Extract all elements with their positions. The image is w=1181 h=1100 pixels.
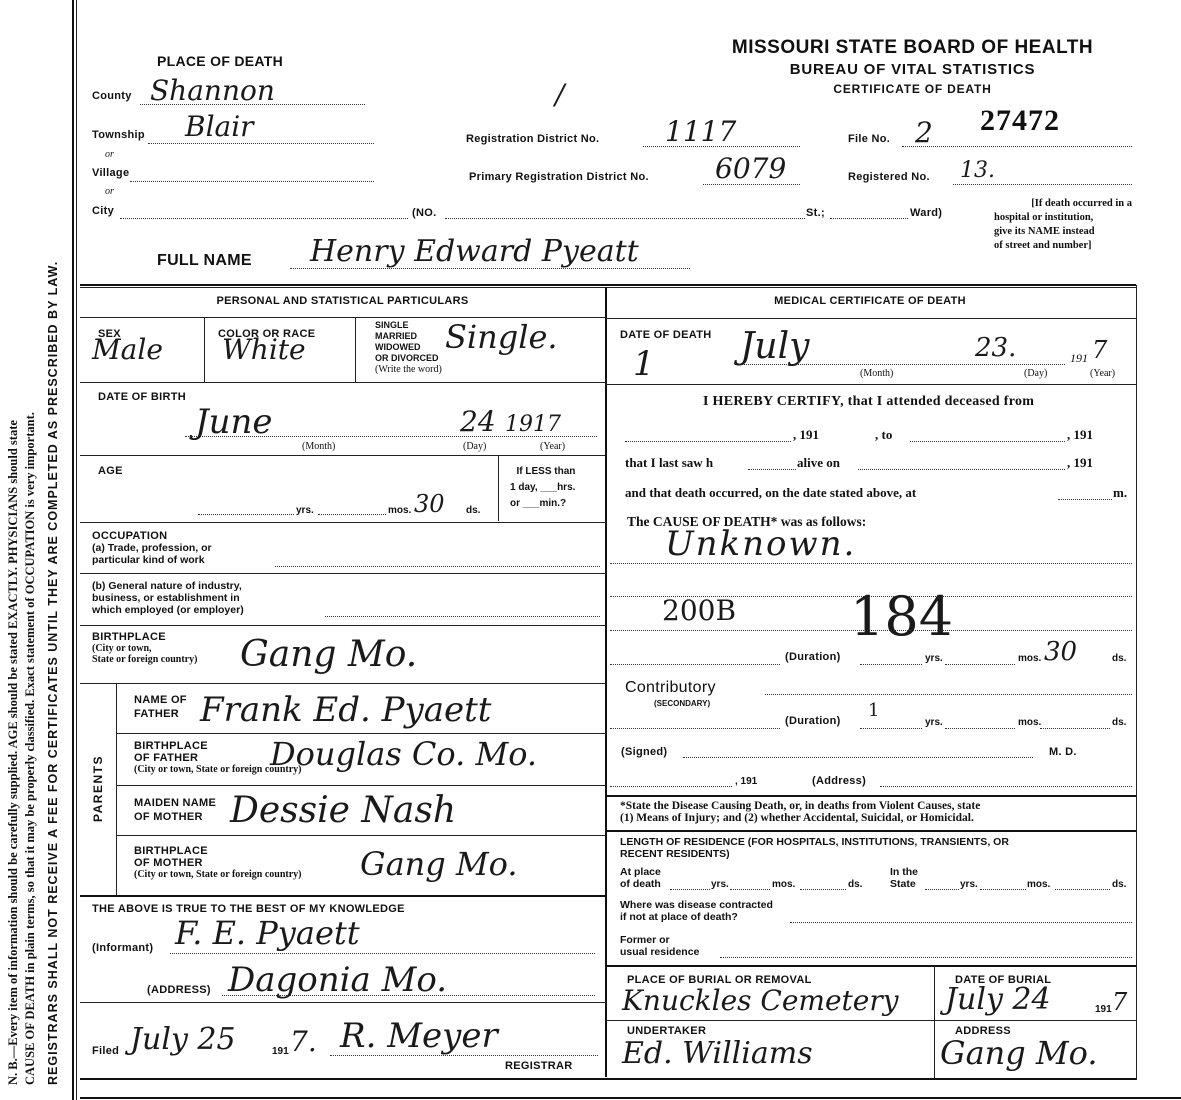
left-margin-rule bbox=[72, 0, 74, 1100]
md-label: M. D. bbox=[1049, 746, 1077, 758]
place-years-field[interactable] bbox=[670, 889, 710, 890]
filed-label: Filed bbox=[92, 1045, 119, 1057]
city-field[interactable] bbox=[120, 218, 408, 219]
death-occurred-text: and that death occurred, on the date sta… bbox=[625, 485, 916, 501]
dob-label: DATE OF BIRTH bbox=[98, 391, 186, 403]
day-caption: (Day) bbox=[1024, 368, 1047, 379]
ward-field[interactable] bbox=[830, 218, 908, 219]
occupation-b: (b) General nature of industry, business… bbox=[92, 580, 244, 616]
in-state-label: In the State bbox=[890, 866, 918, 890]
contrib-years-field[interactable] bbox=[860, 728, 922, 729]
file-no-label: File No. bbox=[848, 133, 890, 145]
former-residence-label: Former or usual residence bbox=[620, 934, 699, 958]
contributory-field[interactable] bbox=[765, 694, 1132, 695]
place-of-death-heading: PLACE OF DEATH bbox=[157, 53, 283, 69]
birthplace-label: BIRTHPLACE bbox=[92, 632, 197, 643]
full-name-label: FULL NAME bbox=[157, 252, 252, 270]
secondary-label: (SECONDARY) bbox=[654, 699, 710, 708]
last-saw-pronoun-field[interactable] bbox=[748, 469, 796, 470]
physician-address-label: (Address) bbox=[812, 775, 866, 787]
primary-district-field[interactable]: 6079 bbox=[715, 152, 786, 185]
year-caption: (Year) bbox=[1090, 368, 1115, 379]
alive-on-text: alive on bbox=[797, 455, 840, 471]
state-months-field[interactable] bbox=[980, 889, 1026, 890]
bureau-title: BUREAU OF VITAL STATISTICS bbox=[690, 61, 1135, 78]
occupation-industry-field[interactable] bbox=[325, 616, 600, 617]
state-years-field[interactable] bbox=[925, 889, 959, 890]
stray-mark: / bbox=[555, 78, 564, 111]
hospital-note: [If death occurred in a hospital or inst… bbox=[994, 197, 1132, 253]
year-caption: (Year) bbox=[540, 441, 565, 452]
mos-label: mos. bbox=[388, 505, 411, 516]
burial-year-field[interactable]: 7 bbox=[1112, 988, 1127, 1016]
race-field[interactable]: White bbox=[222, 333, 306, 366]
duration-days-field[interactable]: 30 bbox=[1044, 637, 1077, 667]
yrs-label: yrs. bbox=[296, 505, 314, 516]
dob-month-field[interactable]: June bbox=[195, 402, 273, 442]
personal-heading: PERSONAL AND STATISTICAL PARTICULARS bbox=[80, 295, 605, 307]
st-label: St.; bbox=[806, 207, 825, 219]
age-months-field[interactable] bbox=[318, 514, 386, 515]
dob-year-field[interactable]: 1917 bbox=[505, 412, 561, 437]
board-title: MISSOURI STATE BOARD OF HEALTH bbox=[690, 37, 1135, 59]
last-saw-text: that I last saw h bbox=[625, 455, 713, 471]
parents-label: PARENTS bbox=[91, 755, 105, 822]
father-birthplace-field[interactable]: Douglas Co. Mo. bbox=[270, 735, 537, 773]
age-days-field[interactable]: 30 bbox=[414, 490, 445, 518]
registration-district-label: Registration District No. bbox=[466, 133, 599, 145]
duration-months-field[interactable] bbox=[945, 664, 1015, 665]
father-name-label: NAME OF FATHER bbox=[134, 693, 187, 721]
less-than-day: If LESS than 1 day, ___hrs. or ___min.? bbox=[510, 464, 575, 512]
occupation-heading: OCCUPATION bbox=[92, 530, 212, 542]
filed-date-field[interactable]: July 25 bbox=[130, 1022, 236, 1057]
birthplace-labels: BIRTHPLACE (City or town, State or forei… bbox=[92, 632, 197, 665]
primary-district-label: Primary Registration District No. bbox=[469, 171, 649, 183]
street-no-label: (NO. bbox=[412, 207, 436, 219]
signed-label: (Signed) bbox=[621, 746, 667, 758]
undertaker-address-field[interactable]: Gang Mo. bbox=[940, 1034, 1098, 1072]
undertaker-field[interactable]: Ed. Williams bbox=[622, 1036, 813, 1071]
mother-name-label: MAIDEN NAME OF MOTHER bbox=[134, 796, 216, 824]
contributory-label: Contributory bbox=[625, 679, 716, 697]
at-place-label: At place of death bbox=[620, 866, 661, 890]
sex-field[interactable]: Male bbox=[92, 333, 163, 366]
or-text: or bbox=[105, 186, 114, 197]
or-text: or bbox=[105, 149, 114, 160]
certificate-header: MISSOURI STATE BOARD OF HEALTH BUREAU OF… bbox=[690, 37, 1135, 96]
father-name-field[interactable]: Frank Ed. Pyaett bbox=[200, 690, 491, 730]
file-no-prefix: 2 bbox=[915, 116, 933, 149]
place-days-field[interactable] bbox=[800, 889, 846, 890]
age-years-field[interactable] bbox=[198, 514, 294, 515]
last-saw-date-field[interactable] bbox=[858, 469, 1065, 470]
marital-status-field[interactable]: Single. bbox=[445, 318, 558, 356]
occupation-trade-field[interactable] bbox=[275, 566, 600, 567]
cause-code: 200B bbox=[662, 594, 736, 627]
column-divider bbox=[605, 287, 607, 1077]
state-days-field[interactable] bbox=[1055, 889, 1110, 890]
residence-heading: LENGTH OF RESIDENCE (FOR HOSPITALS, INST… bbox=[620, 836, 1009, 860]
contracted-label: Where was disease contracted if not at p… bbox=[620, 899, 773, 923]
informant-address-field[interactable]: Dagonia Mo. bbox=[228, 960, 447, 1000]
file-no-field[interactable]: 27472 bbox=[980, 104, 1060, 138]
birthplace-field[interactable]: Gang Mo. bbox=[240, 634, 417, 675]
duration-years-field[interactable] bbox=[860, 664, 922, 665]
duration-label: (Duration) bbox=[785, 651, 841, 663]
mother-birthplace-field[interactable]: Gang Mo. bbox=[360, 845, 518, 883]
certify-text: I HEREBY CERTIFY, that I attended deceas… bbox=[703, 394, 1034, 410]
occupation-a: OCCUPATION (a) Trade, profession, or par… bbox=[92, 530, 212, 566]
contrib-days-field[interactable] bbox=[1040, 728, 1110, 729]
registrar-signature[interactable]: R. Meyer bbox=[340, 1016, 498, 1056]
county-label: County bbox=[92, 90, 132, 102]
month-caption: (Month) bbox=[860, 368, 893, 379]
village-label: Village bbox=[92, 167, 129, 179]
registration-district-field[interactable]: 1117 bbox=[665, 115, 736, 148]
side-note-line-1: N. B.—Every item of information should b… bbox=[6, 420, 21, 1085]
township-field[interactable]: Blair bbox=[185, 110, 254, 143]
village-field[interactable] bbox=[130, 181, 374, 182]
filed-year-field[interactable]: 7. bbox=[290, 1025, 317, 1058]
death-time-field[interactable] bbox=[1058, 499, 1112, 500]
contrib-duration-mark: 1 bbox=[868, 700, 879, 721]
mother-birthplace-label: BIRTHPLACE OF MOTHER (City or town, Stat… bbox=[134, 845, 301, 881]
informant-field[interactable]: F. E. Pyaett bbox=[175, 914, 360, 952]
township-label: Township bbox=[92, 129, 145, 141]
street-field[interactable] bbox=[445, 218, 805, 219]
dod-year-field[interactable]: 7 bbox=[1092, 336, 1107, 364]
age-label: AGE bbox=[98, 465, 123, 477]
contrib-months-field[interactable] bbox=[945, 728, 1015, 729]
dod-month-field[interactable]: July bbox=[740, 326, 809, 367]
informant-label: (Informant) bbox=[92, 942, 153, 954]
side-note-line-3: REGISTRARS SHALL NOT RECEIVE A FEE FOR C… bbox=[46, 261, 60, 1085]
ds-label: ds. bbox=[466, 505, 480, 516]
ward-label: Ward) bbox=[910, 207, 942, 219]
physician-signature-field[interactable] bbox=[683, 757, 1033, 758]
informant-address-label: (ADDRESS) bbox=[147, 984, 211, 996]
right-border bbox=[1136, 285, 1137, 1080]
attended-to-field[interactable] bbox=[910, 441, 1065, 442]
dod-year-prefix: 191 bbox=[1070, 351, 1088, 366]
footnote: *State the Disease Causing Death, or, in… bbox=[620, 800, 1135, 824]
cause-field[interactable]: Unknown. bbox=[665, 524, 856, 564]
contracted-field[interactable] bbox=[790, 922, 1132, 923]
county-field[interactable]: Shannon bbox=[150, 74, 275, 107]
registered-no-field[interactable]: 13. bbox=[960, 158, 995, 183]
left-margin-rule-inner bbox=[76, 0, 77, 1100]
cause-code-mark: 184 bbox=[850, 585, 953, 648]
day-caption: (Day) bbox=[463, 441, 486, 452]
registered-no-label: Registered No. bbox=[848, 171, 930, 183]
mother-name-field[interactable]: Dessie Nash bbox=[230, 790, 456, 831]
attended-from-field[interactable] bbox=[625, 441, 791, 442]
month-caption: (Month) bbox=[302, 441, 335, 452]
contrib-duration-label: (Duration) bbox=[785, 715, 841, 727]
filed-year-prefix: 191 bbox=[272, 1046, 289, 1057]
signed-date-field[interactable] bbox=[610, 786, 732, 787]
full-name-field[interactable]: Henry Edward Pyeatt bbox=[310, 234, 639, 269]
city-label: City bbox=[92, 205, 114, 217]
form-title: CERTIFICATE OF DEATH bbox=[690, 82, 1135, 96]
burial-date-field[interactable]: July 24 bbox=[945, 982, 1051, 1017]
dod-label: DATE OF DEATH bbox=[620, 329, 712, 341]
dod-mark: 1 bbox=[633, 344, 655, 384]
dod-day-field[interactable]: 23. bbox=[975, 333, 1016, 363]
medical-heading: MEDICAL CERTIFICATE OF DEATH bbox=[605, 295, 1135, 307]
marital-status-labels: SINGLE MARRIED WIDOWED OR DIVORCED (Writ… bbox=[375, 320, 442, 375]
former-residence-field[interactable] bbox=[720, 957, 1132, 958]
section-divider bbox=[80, 284, 1136, 286]
burial-place-field[interactable]: Knuckles Cemetery bbox=[622, 984, 899, 1017]
dob-day-field[interactable]: 24 bbox=[460, 405, 496, 438]
registrar-label: REGISTRAR bbox=[505, 1060, 572, 1072]
side-note-line-2: CAUSE OF DEATH in plain terms, so that i… bbox=[23, 412, 38, 1085]
physician-address-field[interactable] bbox=[880, 786, 1132, 787]
place-months-field[interactable] bbox=[730, 889, 770, 890]
